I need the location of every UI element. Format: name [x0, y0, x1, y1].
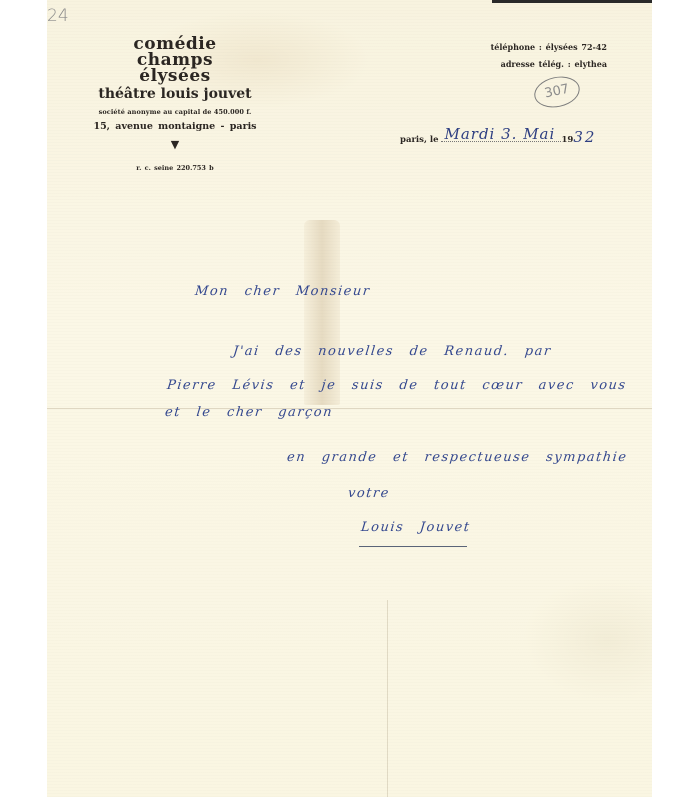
vertical-fold-crease [387, 600, 388, 797]
archive-number: 24 [47, 6, 69, 26]
signature-underline [359, 546, 467, 547]
letterhead-registry: r. c. seine 220.753 b [75, 162, 275, 174]
closing-word: votre [347, 486, 390, 501]
scan-edge-shadow [492, 0, 652, 3]
handwritten-year: 32 [573, 128, 596, 146]
catalog-number-circled: 307 [531, 73, 582, 112]
telegraph-line: adresse télég. : elythea [467, 56, 607, 73]
letterhead-theatre-name: théâtre louis jouvet [75, 85, 275, 103]
letterhead-block: comédie champs élysées théâtre louis jou… [75, 36, 275, 174]
telephone-line: téléphone : élysées 72-42 [467, 39, 607, 56]
body-line-4: en grande et respectueuse sympathie [286, 450, 628, 465]
letter-paper: 24 comédie champs élysées théâtre louis … [47, 0, 652, 797]
horizontal-fold-crease [47, 408, 652, 409]
body-line-2: Pierre Lévis et je suis de tout cœur ave… [166, 378, 627, 393]
handwritten-date: Mardi 3. Mai [444, 125, 555, 143]
contact-block: téléphone : élysées 72-42 adresse télég.… [467, 39, 607, 73]
salutation: Mon cher Monsieur [194, 284, 371, 299]
printed-century: 19 [561, 135, 573, 145]
dateline-prefix: paris, le [400, 135, 439, 145]
arrow-down-icon: ▼ [75, 138, 275, 152]
body-line-1: J'ai des nouvelles de Renaud. par [232, 344, 552, 359]
letterhead-address: 15, avenue montaigne - paris [75, 120, 275, 134]
signature: Louis Jouvet [360, 520, 471, 535]
letterhead-elysees: élysées [75, 68, 275, 84]
dateline: paris, le Mardi 3. Mai 1932 [400, 128, 596, 146]
date-dotted-line: Mardi 3. Mai [441, 134, 561, 142]
body-line-3: et le cher garçon [164, 405, 334, 420]
letterhead-company: société anonyme au capital de 450.000 f. [75, 106, 275, 118]
